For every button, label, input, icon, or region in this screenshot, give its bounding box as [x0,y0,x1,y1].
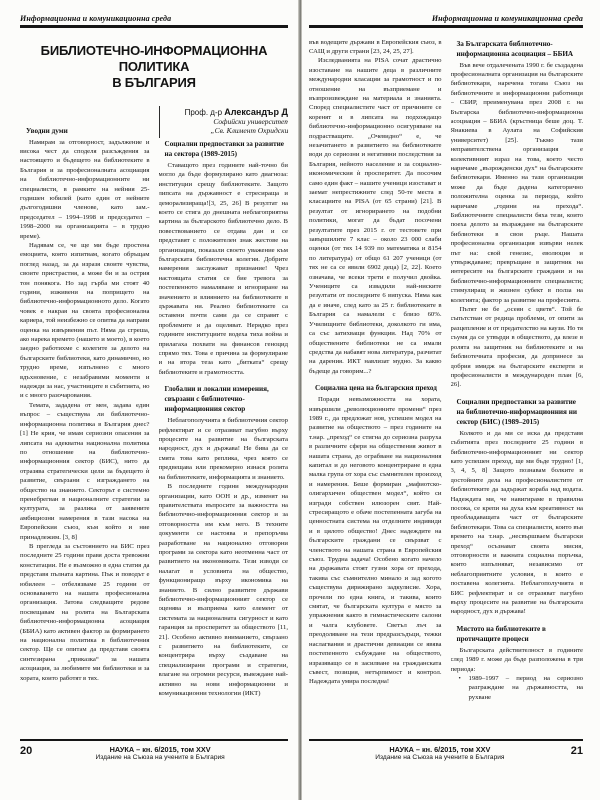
left-footer-imprint: НАУКА – кн. 6/2015, том XXV Издание на С… [32,745,288,763]
journal-spread: Информационна и комуникационна среда БИБ… [0,0,600,800]
right-page-footer: НАУКА – кн. 6/2015, том XXV Издание на С… [309,739,583,762]
paragraph: Колкото и да ми се иска да представя съб… [451,429,584,617]
paragraph: Изследванията на PISA сочат драстично из… [309,56,442,376]
left-page-columns: Уводни думиНамирам за отговорност, задъл… [20,96,288,743]
section-heading: Уводни думи [20,126,150,136]
right-page: Информационна и комуникационна среда във… [300,0,600,800]
section-heading: За Българската библиотечно-информационна… [451,39,584,59]
right-column-1: във водещите държави в Европейския съюз,… [309,38,442,728]
paragraph: Българската действителност в годините сл… [451,646,584,674]
right-footer-rule [309,739,583,741]
section-heading: Социална цена на българския преход [309,383,442,393]
publisher-line: Издание на Съюза на учените в България [309,754,571,763]
section-heading: Социални предпоставки за развитие на биб… [451,397,584,427]
right-footer-imprint: НАУКА – кн. 6/2015, том XXV Издание на С… [309,745,571,763]
author-name: Александър Димчев, [224,107,288,117]
left-page-footer: 20 НАУКА – кн. 6/2015, том XXV Издание н… [20,739,288,762]
right-page-number: 21 [571,745,583,757]
running-head-rule-left [20,25,288,28]
left-column-1: Уводни думиНамирам за отговорност, задъл… [20,96,150,743]
running-head-right: Информационна и комуникационна среда [309,14,583,23]
right-page-columns: във водещите държави в Европейския съюз,… [309,38,583,728]
paragraph: Пътят не бе „осеян с цветя“. Той бе съпъ… [451,305,584,390]
section-heading: Социални предпоставки за развитие на сек… [159,139,289,159]
paragraph: във водещите държави в Европейския съюз,… [309,38,442,57]
running-head-rule-right [309,25,583,28]
author-block: Проф. д-р Александър Димчев, Софийски ун… [159,106,289,138]
section-heading: Мястото на библиотеките в протичащите пр… [451,624,584,644]
article-title-line2: В БЪЛГАРИЯ [20,75,288,91]
paragraph: В прегледа за състоянието на БИС през по… [20,542,150,683]
left-page: Информационна и комуникационна среда БИБ… [0,0,300,800]
running-head-left: Информационна и комуникационна среда [20,14,288,23]
journal-issue-line: НАУКА – кн. 6/2015, том XXV [32,745,288,754]
paragraph: Във вече отдалечената 1990 г. бе създаде… [451,61,584,306]
paragraph: В последните години международни организ… [159,482,289,698]
paragraph: Неблагополучията в библиотечния сектор р… [159,416,289,482]
journal-issue-line: НАУКА – кн. 6/2015, том XXV [309,745,571,754]
left-column-2: Проф. д-р Александър Димчев, Софийски ун… [159,96,289,714]
left-page-number: 20 [20,745,32,757]
author-prefix: Проф. д-р [185,108,225,117]
paragraph: Надявам се, че ще ми бъде простена емоци… [20,241,150,401]
author-affiliation-line2: „Св. Климент Охридски“ [168,126,289,136]
publisher-line: Издание на Съюза на учените в България [32,754,288,763]
paragraph: Намирам за отговорност, задължение и вис… [20,138,150,241]
left-column-2-flow: Социални предпоставки за развитие на сек… [159,139,289,699]
article-title: БИБЛИОТЕЧНО-ИНФОРМАЦИОННА ПОЛИТИКА В БЪЛ… [20,43,288,91]
article-title-line1: БИБЛИОТЕЧНО-ИНФОРМАЦИОННА ПОЛИТИКА [20,43,288,75]
page-gutter-divider [298,0,302,800]
left-footer-rule [20,739,288,741]
right-column-2: За Българската библиотечно-информационна… [451,38,584,728]
author-line: Проф. д-р Александър Димчев, [168,108,289,117]
section-heading: Глобални и локални измерения, свързани с… [159,384,289,414]
list-item: 1989–1997 – период на сериозно разгражда… [467,674,584,702]
author-affiliation-line1: Софийски университет [168,117,289,127]
paragraph: Темата, зададена от мен, задава един въп… [20,401,150,542]
paragraph: Поради невъзможността на хората, извърши… [309,395,442,687]
paragraph: Ставащото през годините най-точно би мог… [159,161,289,377]
